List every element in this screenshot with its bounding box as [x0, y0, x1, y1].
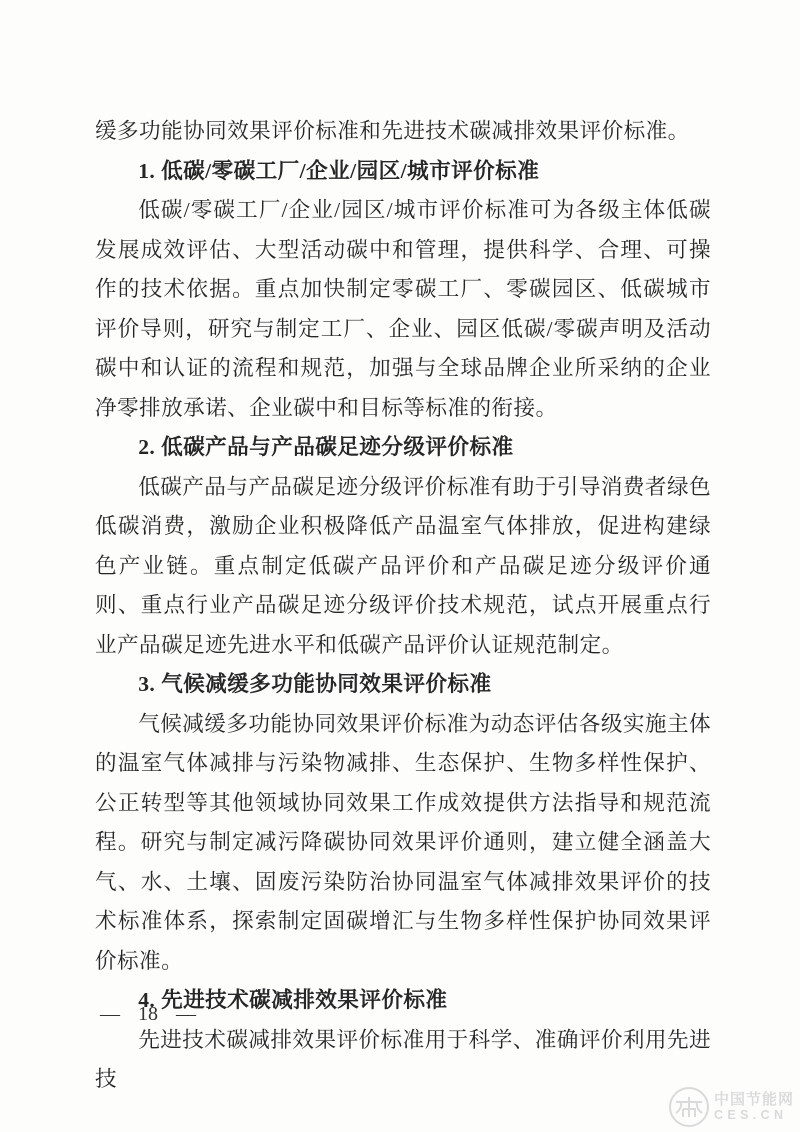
page-number-dash-left: —	[100, 1003, 120, 1026]
section-heading-3: 3. 气候减缓多功能协同效果评价标准	[95, 665, 711, 705]
page-number: — 18 —	[100, 1003, 196, 1026]
watermark-site-name: 中国节能网	[714, 1091, 794, 1108]
ces-logo-icon	[668, 1086, 710, 1128]
watermark-text: 中国节能网 CES.CN	[714, 1091, 798, 1123]
document-page: 缓多功能协同效果评价标准和先进技术碳减排效果评价标准。 1. 低碳/零碳工厂/企…	[0, 0, 800, 1132]
section-heading-1: 1. 低碳/零碳工厂/企业/园区/城市评价标准	[95, 152, 711, 192]
watermark: 中国节能网 CES.CN	[668, 1086, 798, 1128]
paragraph-section-2: 低碳产品与产品碳足迹分级评价标准有助于引导消费者绿色低碳消费，激励企业积极降低产…	[95, 468, 711, 666]
paragraph-section-3: 气候减缓多功能协同效果评价标准为动态评估各级实施主体的温室气体减排与污染物减排、…	[95, 705, 711, 982]
page-number-dash-right: —	[176, 1003, 196, 1026]
watermark-site-code: CES.CN	[714, 1108, 794, 1122]
paragraph-section-1: 低碳/零碳工厂/企业/园区/城市评价标准可为各级主体低碳发展成效评估、大型活动碳…	[95, 191, 711, 428]
paragraph-continuation: 缓多功能协同效果评价标准和先进技术碳减排效果评价标准。	[95, 112, 711, 152]
paragraph-section-4: 先进技术碳减排效果评价标准用于科学、准确评价利用先进技	[95, 1021, 711, 1100]
section-heading-2: 2. 低碳产品与产品碳足迹分级评价标准	[95, 428, 711, 468]
page-number-value: 18	[138, 1003, 158, 1026]
document-body: 缓多功能协同效果评价标准和先进技术碳减排效果评价标准。 1. 低碳/零碳工厂/企…	[95, 112, 711, 1100]
